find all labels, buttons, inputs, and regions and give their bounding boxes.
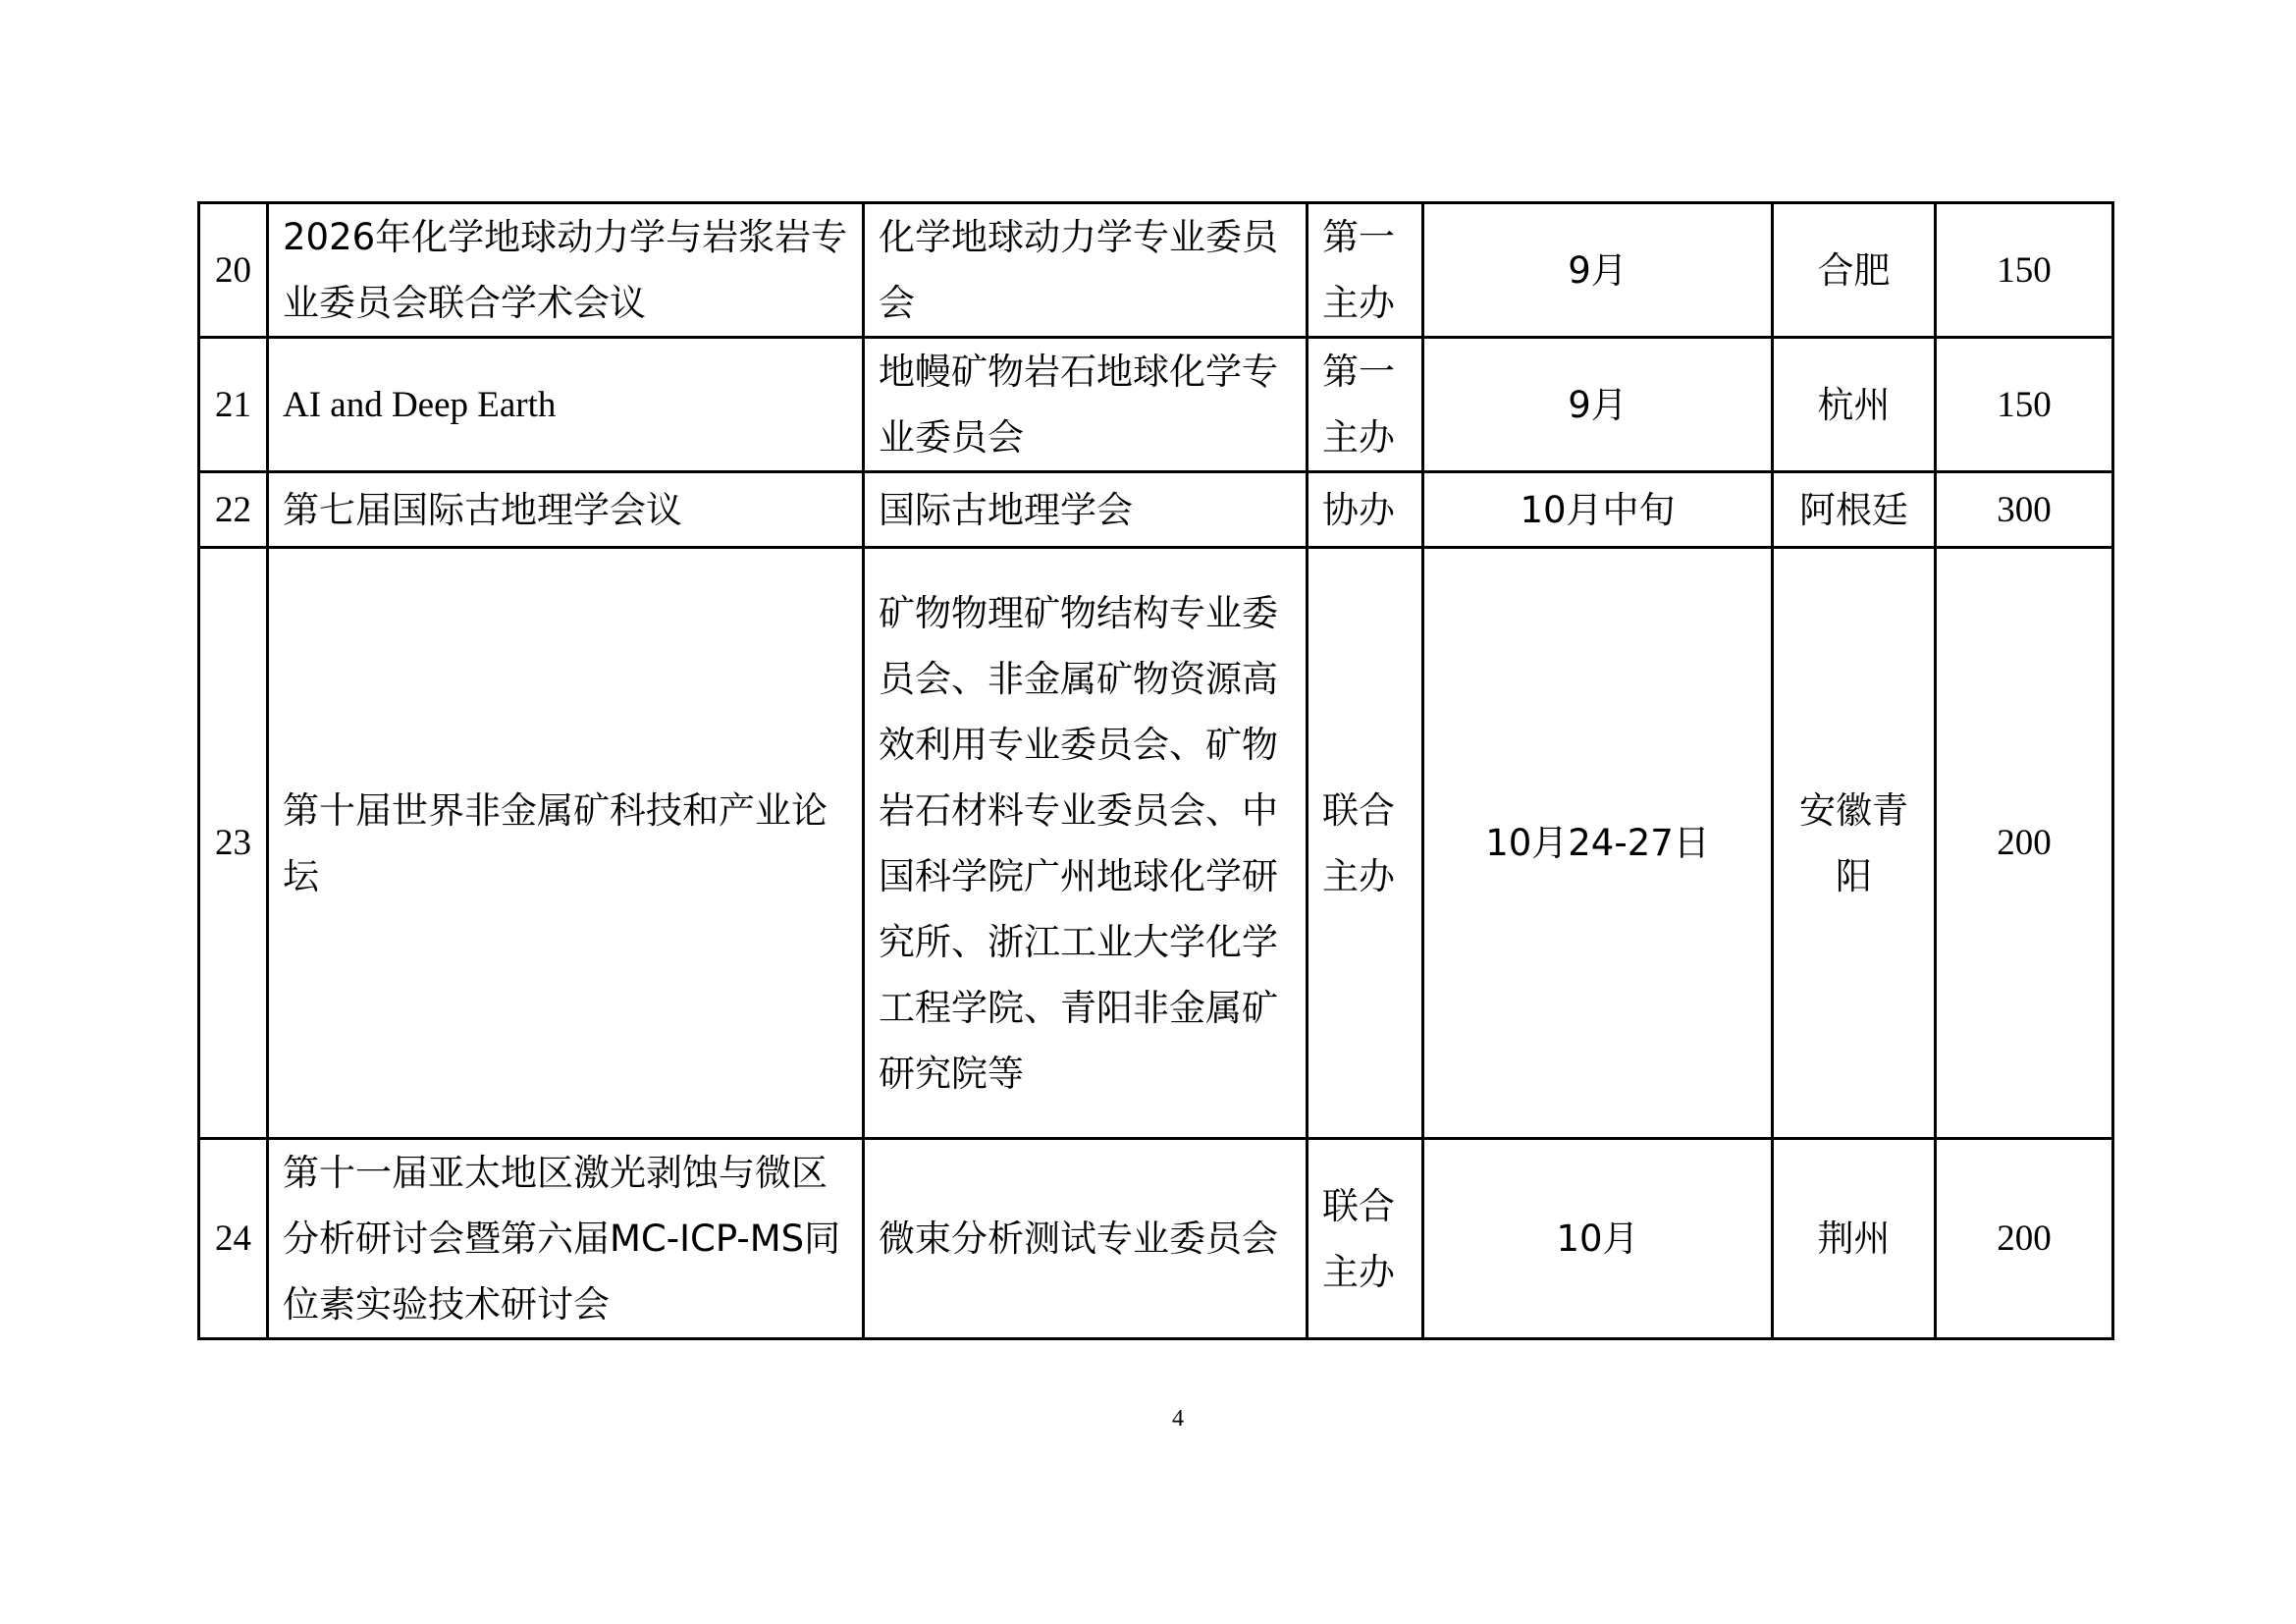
conference-date: 9月 xyxy=(1423,338,1773,472)
conference-location: 阿根廷 xyxy=(1773,472,1936,548)
attendee-count: 150 xyxy=(1936,338,2113,472)
conference-name: AI and Deep Earth xyxy=(268,338,864,472)
row-number: 23 xyxy=(199,548,268,1139)
conference-name: 第十一届亚太地区激光剥蚀与微区分析研讨会暨第六届MC-ICP-MS同位素实验技术… xyxy=(268,1139,864,1339)
attendee-count: 300 xyxy=(1936,472,2113,548)
organizer: 微束分析测试专业委员会 xyxy=(864,1139,1308,1339)
organizer-role: 联合主办 xyxy=(1308,548,1423,1139)
table-row: 21 AI and Deep Earth 地幔矿物岩石地球化学专业委员会 第一主… xyxy=(199,338,2113,472)
table-row: 24 第十一届亚太地区激光剥蚀与微区分析研讨会暨第六届MC-ICP-MS同位素实… xyxy=(199,1139,2113,1339)
conference-date: 10月24-27日 xyxy=(1423,548,1773,1139)
conference-table: 20 2026年化学地球动力学与岩浆岩专业委员会联合学术会议 化学地球动力学专业… xyxy=(197,201,2114,1340)
conference-date: 9月 xyxy=(1423,203,1773,338)
organizer: 化学地球动力学专业委员会 xyxy=(864,203,1308,338)
conference-location: 安徽青阳 xyxy=(1773,548,1936,1139)
table-row: 20 2026年化学地球动力学与岩浆岩专业委员会联合学术会议 化学地球动力学专业… xyxy=(199,203,2113,338)
organizer: 国际古地理学会 xyxy=(864,472,1308,548)
conference-location: 荆州 xyxy=(1773,1139,1936,1339)
conference-date: 10月中旬 xyxy=(1423,472,1773,548)
organizer-role: 第一主办 xyxy=(1308,338,1423,472)
conference-location: 合肥 xyxy=(1773,203,1936,338)
row-number: 21 xyxy=(199,338,268,472)
organizer: 地幔矿物岩石地球化学专业委员会 xyxy=(864,338,1308,472)
row-number: 20 xyxy=(199,203,268,338)
attendee-count: 150 xyxy=(1936,203,2113,338)
conference-location: 杭州 xyxy=(1773,338,1936,472)
attendee-count: 200 xyxy=(1936,1139,2113,1339)
row-number: 22 xyxy=(199,472,268,548)
conference-date: 10月 xyxy=(1423,1139,1773,1339)
organizer: 矿物物理矿物结构专业委员会、非金属矿物资源高效利用专业委员会、矿物岩石材料专业委… xyxy=(864,548,1308,1139)
row-number: 24 xyxy=(199,1139,268,1339)
attendee-count: 200 xyxy=(1936,548,2113,1139)
conference-name: 第七届国际古地理学会议 xyxy=(268,472,864,548)
document-page: 20 2026年化学地球动力学与岩浆岩专业委员会联合学术会议 化学地球动力学专业… xyxy=(0,0,2296,1624)
conference-name: 第十届世界非金属矿科技和产业论坛 xyxy=(268,548,864,1139)
organizer-role: 联合主办 xyxy=(1308,1139,1423,1339)
organizer-role: 第一主办 xyxy=(1308,203,1423,338)
page-number: 4 xyxy=(1158,1406,1198,1433)
conference-name: 2026年化学地球动力学与岩浆岩专业委员会联合学术会议 xyxy=(268,203,864,338)
organizer-role: 协办 xyxy=(1308,472,1423,548)
table-row: 22 第七届国际古地理学会议 国际古地理学会 协办 10月中旬 阿根廷 300 xyxy=(199,472,2113,548)
table-row: 23 第十届世界非金属矿科技和产业论坛 矿物物理矿物结构专业委员会、非金属矿物资… xyxy=(199,548,2113,1139)
